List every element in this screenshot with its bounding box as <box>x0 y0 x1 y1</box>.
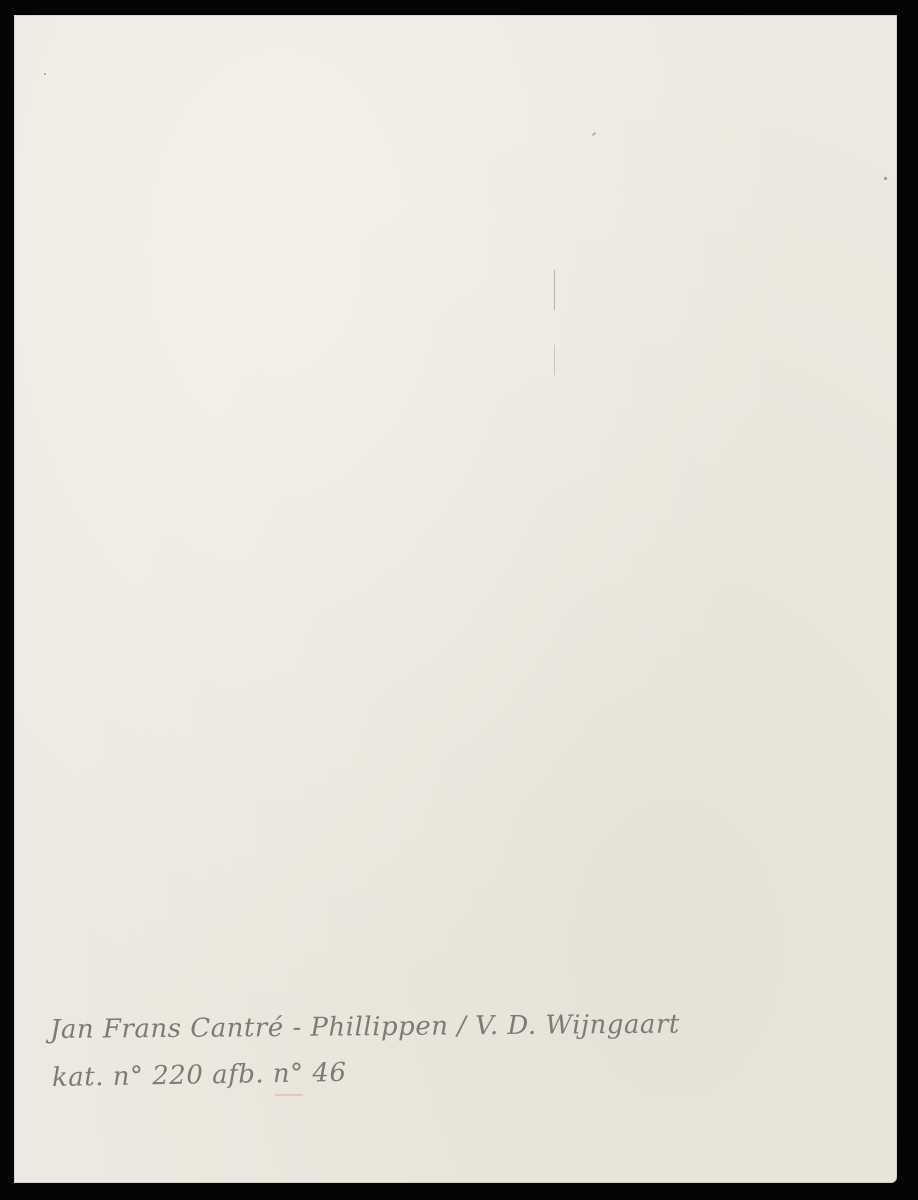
handwritten-annotation: Jan Frans Cantré - Phillippen / V. D. Wi… <box>40 1010 680 1098</box>
annotation-line-artist: Jan Frans Cantré - Phillippen / V. D. Wi… <box>50 1005 680 1050</box>
paper-speck <box>592 132 596 136</box>
paper-speck <box>884 177 887 180</box>
paper-speck <box>44 73 46 75</box>
annotation-line-catalog: kat. n° 220 afb. n° 46 <box>52 1047 680 1098</box>
red-ink-smudge <box>275 1094 303 1096</box>
scan-background: Jan Frans Cantré - Phillippen / V. D. Wi… <box>0 0 918 1200</box>
pencil-trace <box>554 345 555 375</box>
pencil-trace <box>554 270 555 310</box>
